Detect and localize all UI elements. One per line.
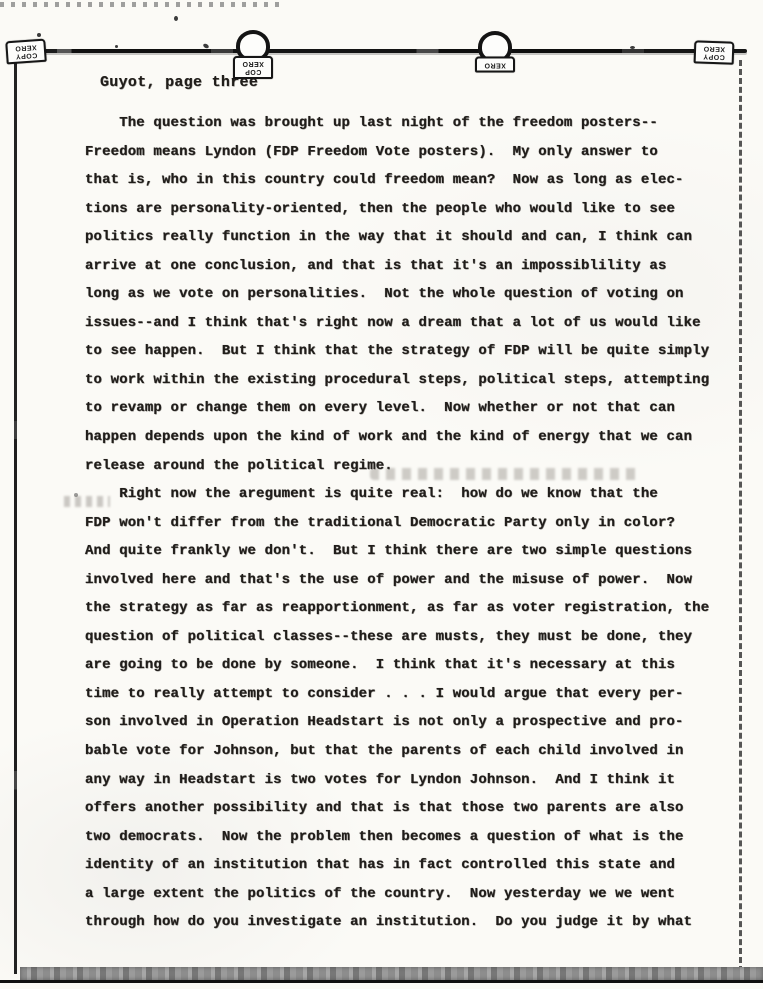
scan-speck xyxy=(37,33,41,37)
text-line: a large extent the politics of the count… xyxy=(85,886,725,915)
typewritten-text: The question was brought up last night o… xyxy=(85,115,725,943)
ink-smudge xyxy=(370,468,640,480)
text-line: are going to be done by someone. I think… xyxy=(85,657,725,686)
xero-copy-stamp: COPYXERO xyxy=(5,39,47,65)
text-line: And quite frankly we don't. But I think … xyxy=(85,543,725,572)
xero-copy-stamp: XERO xyxy=(475,31,515,73)
text-line: happen depends upon the kind of work and… xyxy=(85,429,725,458)
text-line: time to really attempt to consider . . .… xyxy=(85,686,725,715)
scan-border-bottom xyxy=(0,980,763,983)
text-line: The question was brought up last night o… xyxy=(85,115,725,144)
text-line: bable vote for Johnson, but that the par… xyxy=(85,743,725,772)
text-line: tions are personality-oriented, then the… xyxy=(85,201,725,230)
text-line: FDP won't differ from the traditional De… xyxy=(85,515,725,544)
scan-speck xyxy=(115,45,118,48)
text-line: identity of an institution that has in f… xyxy=(85,857,725,886)
text-line: two democrats. Now the problem then beco… xyxy=(85,829,725,858)
ink-smudge xyxy=(64,496,110,507)
text-line: to work within the existing procedural s… xyxy=(85,372,725,401)
text-line: to see happen. But I think that the stra… xyxy=(85,343,725,372)
scan-border-right xyxy=(739,60,742,972)
stamp-text: XERO xyxy=(236,60,270,68)
text-line: offers another possibility and that is t… xyxy=(85,800,725,829)
text-line: involved here and that's the use of powe… xyxy=(85,572,725,601)
text-line: politics really function in the way that… xyxy=(85,229,725,258)
scan-border-left xyxy=(14,52,17,974)
text-line: Right now the aregument is quite real: h… xyxy=(85,486,725,515)
scan-border-top xyxy=(13,49,747,53)
stamp-text: COP xyxy=(236,68,270,76)
text-line: issues--and I think that's right now a d… xyxy=(85,315,725,344)
scanned-page: COPYXEROCOPXEROXEROCOPYXERO Guyot, page … xyxy=(0,0,763,989)
text-line: Freedom means Lyndon (FDP Freedom Vote p… xyxy=(85,144,725,173)
xero-copy-badge: XERO xyxy=(475,57,515,73)
text-line: that is, who in this country could freed… xyxy=(85,172,725,201)
text-line: arrive at one conclusion, and that is th… xyxy=(85,258,725,287)
xero-copy-stamp: COPXERO xyxy=(233,30,273,79)
xero-copy-stamp: COPYXERO xyxy=(694,40,735,64)
text-line: son involved in Operation Headstart is n… xyxy=(85,714,725,743)
scan-speck xyxy=(174,16,178,21)
scan-speck xyxy=(630,46,635,49)
text-line: long as we vote on personalities. Not th… xyxy=(85,286,725,315)
perforation-dots xyxy=(0,2,284,7)
text-line: to revamp or change them on every level.… xyxy=(85,400,725,429)
stamp-text: XERO xyxy=(478,61,512,69)
xero-copy-badge: COPXERO xyxy=(233,56,273,79)
scan-edge-bar xyxy=(20,967,763,980)
text-line: question of political classes--these are… xyxy=(85,629,725,658)
text-line: the strategy as far as reapportionment, … xyxy=(85,600,725,629)
text-line: through how do you investigate an instit… xyxy=(85,914,725,943)
xero-copy-badge: COPYXERO xyxy=(694,40,735,64)
stamp-text: COPY xyxy=(697,52,731,61)
xero-copy-badge: COPYXERO xyxy=(5,39,47,65)
text-line: any way in Headstart is two votes for Ly… xyxy=(85,772,725,801)
